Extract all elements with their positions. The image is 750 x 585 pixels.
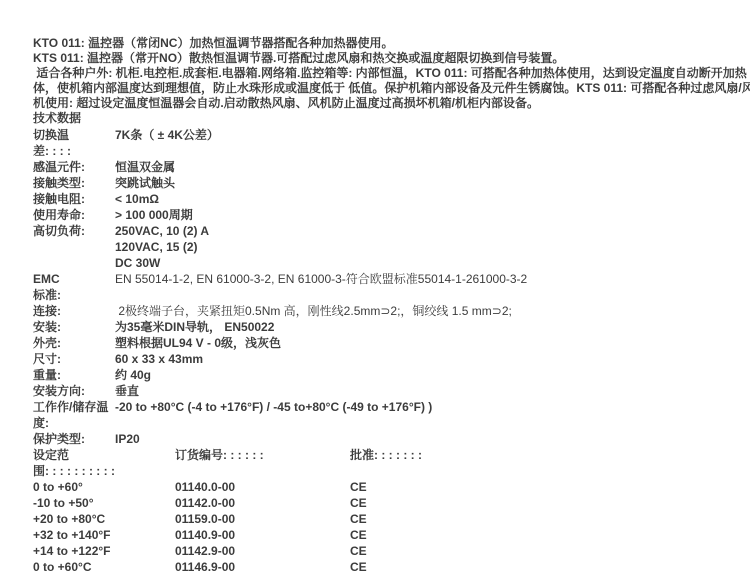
range-cell: 0 to +60°C: [33, 559, 175, 575]
table-row: 0 to +60°C 01146.9-00 CE: [33, 559, 732, 575]
spec-list: 切换温 差: : : : 7K条（ ± 4K公差） 感温元件: 恒温双金属 接触…: [33, 127, 732, 447]
spec-label: 尺寸:: [33, 351, 115, 367]
approval-cell: CE: [350, 527, 732, 543]
spec-row: 工作作/储存温 度: -20 to +80°C (-4 to +176°F) /…: [33, 399, 732, 431]
spec-row: 切换温 差: : : : 7K条（ ± 4K公差）: [33, 127, 732, 159]
table-header-range: 设定范 围: : : : : : : : : :: [33, 447, 175, 479]
range-cell: +20 to +80°C: [33, 511, 175, 527]
order-number-cell: 01140.9-00: [175, 527, 350, 543]
spec-document: KTO 011: 温控器（常闭NC）加热恒温调节器搭配各种加热器使用。 KTS …: [0, 0, 750, 575]
approval-cell: CE: [350, 559, 732, 575]
spec-label: 保护类型:: [33, 431, 115, 447]
intro-line: 机使用: 超过设定温度恒温器会自动.启动散热风扇、风机防止温度过高损坏机箱/机柜…: [33, 96, 732, 111]
approval-cell: CE: [350, 511, 732, 527]
order-number-cell: 01140.0-00: [175, 479, 350, 495]
range-cell: +14 to +122°F: [33, 543, 175, 559]
table-header-row: 设定范 围: : : : : : : : : : 订货编号: : : : : :…: [33, 447, 732, 479]
spec-row: 安装: 为35毫米DIN导轨， EN50022: [33, 319, 732, 335]
spec-value: > 100 000周期: [115, 207, 732, 223]
intro-line: KTS 011: 温控器（常开NO）散热恒温调节器.可搭配过虑风扇和热交换或温度…: [33, 51, 732, 66]
spec-value: 塑料根据UL94 V - 0级，浅灰色: [115, 335, 732, 351]
spec-row: 安装方向: 垂直: [33, 383, 732, 399]
spec-value: 突跳试触头: [115, 175, 732, 191]
table-row: 0 to +60° 01140.0-00 CE: [33, 479, 732, 495]
spec-label: 外壳:: [33, 335, 115, 351]
spec-row: 感温元件: 恒温双金属: [33, 159, 732, 175]
spec-row: 连接: 2极终端子台，夹紧扭矩0.5Nm 高，刚性线2.5mm⊃2;，铜绞线 1…: [33, 303, 732, 319]
range-cell: +32 to +140°F: [33, 527, 175, 543]
spec-label: 切换温 差: : : :: [33, 127, 115, 159]
spec-value: -20 to +80°C (-4 to +176°F) / -45 to+80°…: [115, 399, 732, 415]
spec-label: 工作作/储存温 度:: [33, 399, 115, 431]
spec-label: EMC 标准:: [33, 271, 115, 303]
spec-row: EMC 标准: EN 55014-1-2, EN 61000-3-2, EN 6…: [33, 271, 732, 303]
approval-cell: CE: [350, 543, 732, 559]
spec-value: 7K条（ ± 4K公差）: [115, 127, 732, 143]
spec-value: EN 55014-1-2, EN 61000-3-2, EN 61000-3-符…: [115, 271, 732, 287]
spec-row: 外壳: 塑料根据UL94 V - 0级，浅灰色: [33, 335, 732, 351]
spec-label: 安装方向:: [33, 383, 115, 399]
spec-value: 为35毫米DIN导轨， EN50022: [115, 319, 732, 335]
table-row: +32 to +140°F 01140.9-00 CE: [33, 527, 732, 543]
spec-label: 感温元件:: [33, 159, 115, 175]
intro-line: 体，使机箱内部温度达到理想值，防止水珠形成或温度低于 低值。保护机箱内部设备及元…: [33, 81, 732, 96]
spec-label: 连接:: [33, 303, 115, 319]
range-cell: 0 to +60°: [33, 479, 175, 495]
spec-label: 使用寿命:: [33, 207, 115, 223]
table-row: +20 to +80°C 01159.0-00 CE: [33, 511, 732, 527]
spec-row: 使用寿命: > 100 000周期: [33, 207, 732, 223]
spec-label: 高切负荷:: [33, 223, 115, 239]
spec-row: 保护类型: IP20: [33, 431, 732, 447]
order-number-cell: 01159.0-00: [175, 511, 350, 527]
intro-line: KTO 011: 温控器（常闭NC）加热恒温调节器搭配各种加热器使用。: [33, 36, 732, 51]
spec-value: IP20: [115, 431, 732, 447]
spec-value: 恒温双金属: [115, 159, 732, 175]
spec-value: 垂直: [115, 383, 732, 399]
spec-label: 重量:: [33, 367, 115, 383]
order-table: 设定范 围: : : : : : : : : : 订货编号: : : : : :…: [33, 447, 732, 575]
spec-value: < 10mΩ: [115, 191, 732, 207]
spec-label: 接触类型:: [33, 175, 115, 191]
range-cell: -10 to +50°: [33, 495, 175, 511]
order-number-cell: 01142.0-00: [175, 495, 350, 511]
intro-paragraph: KTO 011: 温控器（常闭NC）加热恒温调节器搭配各种加热器使用。 KTS …: [33, 36, 732, 111]
tech-data-heading: 技术数据: [33, 111, 732, 126]
spec-row: 接触电阻: < 10mΩ: [33, 191, 732, 207]
spec-value: 约 40g: [115, 367, 732, 383]
spec-label: 接触电阻:: [33, 191, 115, 207]
spec-row: 接触类型: 突跳试触头: [33, 175, 732, 191]
order-number-cell: 01146.9-00: [175, 559, 350, 575]
spec-value: 60 x 33 x 43mm: [115, 351, 732, 367]
spec-row: 重量: 约 40g: [33, 367, 732, 383]
intro-line: 适合各种户外: 机柜.电控柜.成套柜.电器箱.网络箱.监控箱等: 内部恒温，KT…: [33, 66, 732, 81]
spec-row: 尺寸: 60 x 33 x 43mm: [33, 351, 732, 367]
table-header-approval: 批准: : : : : : :: [350, 447, 732, 463]
approval-cell: CE: [350, 495, 732, 511]
spec-value: 250VAC, 10 (2) A 120VAC, 15 (2) DC 30W: [115, 223, 732, 271]
table-row: -10 to +50° 01142.0-00 CE: [33, 495, 732, 511]
approval-cell: CE: [350, 479, 732, 495]
spec-value: 2极终端子台，夹紧扭矩0.5Nm 高，刚性线2.5mm⊃2;，铜绞线 1.5 m…: [115, 303, 732, 319]
table-row: +14 to +122°F 01142.9-00 CE: [33, 543, 732, 559]
spec-row: 高切负荷: 250VAC, 10 (2) A 120VAC, 15 (2) DC…: [33, 223, 732, 271]
order-number-cell: 01142.9-00: [175, 543, 350, 559]
spec-label: 安装:: [33, 319, 115, 335]
table-header-order-number: 订货编号: : : : : :: [175, 447, 350, 463]
